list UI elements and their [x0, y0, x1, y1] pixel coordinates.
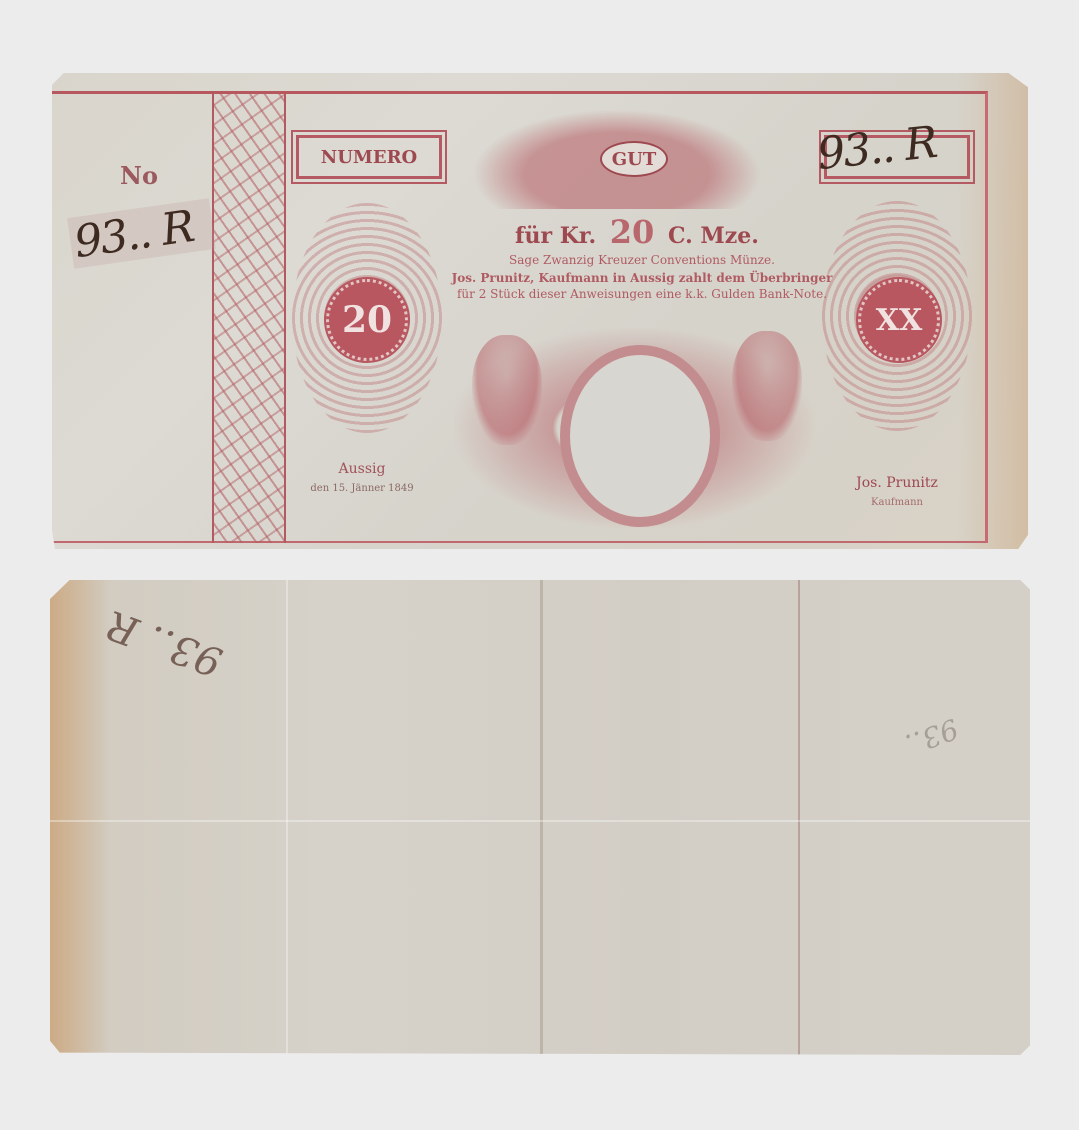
banknote-back: 93.. R 93.. — [50, 580, 1030, 1055]
number-label: No — [120, 161, 158, 190]
fold-line — [50, 820, 1030, 822]
denomination-prefix: für Kr. — [515, 223, 596, 249]
text-line-3: für 2 Stück dieser Anweisungen eine k.k.… — [422, 287, 862, 301]
fold-line — [798, 580, 800, 1055]
denomination-line: für Kr. 20 C. Mze. — [472, 213, 802, 251]
bleed-through-mark: 93.. — [901, 712, 963, 761]
medallion-xx: XX — [858, 279, 940, 361]
banknote-front: No 93.. R NUMERO 93.. R GUT für Kr. 20 C… — [52, 73, 1028, 549]
text-line-1: Sage Zwanzig Kreuzer Conventions Münze. — [422, 253, 862, 267]
handwritten-serial-back: 93.. R — [101, 601, 229, 685]
paper-stain — [50, 580, 110, 1055]
gut-oval: GUT — [600, 141, 668, 177]
signature-title: Kaufmann — [832, 497, 962, 508]
fold-line — [540, 580, 543, 1055]
numero-cartouche: NUMERO — [296, 135, 442, 179]
cherub-right-icon — [732, 331, 802, 441]
signature-name: Jos. Prunitz — [832, 475, 962, 491]
issue-place: Aussig — [297, 461, 427, 477]
denomination-value: 20 — [610, 213, 655, 251]
medallion-20: 20 — [326, 279, 408, 361]
issue-date: den 15. Jänner 1849 — [297, 483, 427, 494]
fold-line — [286, 580, 288, 1055]
cherub-left-icon — [472, 335, 542, 445]
blank-oval-frame — [560, 345, 720, 527]
text-line-2: Jos. Prunitz, Kaufmann in Aussig zahlt d… — [422, 271, 862, 285]
guilloche-strip — [212, 94, 286, 543]
denomination-suffix: C. Mze. — [668, 223, 759, 249]
